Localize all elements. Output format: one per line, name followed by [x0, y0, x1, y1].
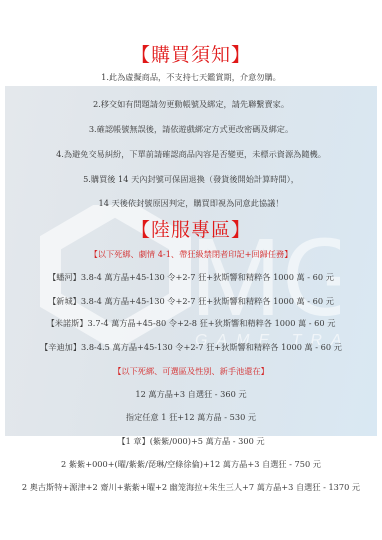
listing-chapter-1: 【1 章】(紫紫/000)+5 萬方晶 - 300 元: [0, 436, 382, 447]
notice-item-2: 2.移交如有問題請勿更動帳號及綁定，請先聯繫賣家。: [0, 99, 382, 110]
notice-item-1: 1.此為虛擬商品，不支持七天鑑賞期，介意勿購。: [0, 72, 382, 83]
group1-header: 【以下死綁、劇情 4-1、帶狂級禁閉者印記+回歸任務】: [0, 249, 382, 260]
listing-minos: 【米諾斯】3.7-4 萬方晶+45-80 令+2-8 狂+狄斯響和精粹各 100…: [0, 318, 382, 329]
listing-specified-1: 指定任意 1 狂+12 萬方晶 - 530 元: [0, 412, 382, 423]
listing-xincheng: 【新城】3.8-4 萬方晶+45-130 令+2-7 狂+狄斯響和精粹各 100…: [0, 296, 382, 307]
mainland-section-title: 【陸服專區】: [0, 215, 382, 242]
listing-syndicate: 【辛迪加】3.8-4.5 萬方晶+45-130 令+2-7 狂+狄斯響和精粹各 …: [0, 342, 382, 353]
background-panel: [5, 86, 377, 436]
listing-panhe: 【蟠河】3.8-4 萬方晶+45-130 令+2-7 狂+狄斯響和精粹各 100…: [0, 272, 382, 283]
group2-header: 【以下死綁、可選區及性別、新手池還在】: [0, 366, 382, 377]
notice-item-5: 5.購買後 14 天內封號可保固退換（發貨後開始計算時間），: [0, 174, 382, 185]
notice-item-6: 14 天後依封號原因判定，購買即視為同意此協議！: [0, 198, 382, 209]
listing-1370: 2 奧古斯特+源津+2 齋川+紫紫+曜+2 幽笼海拉+朱生三人+7 萬方晶+3 …: [0, 482, 382, 493]
listing-12w-3-select: 12 萬方晶+3 自選狂 - 360 元: [0, 389, 382, 400]
purchase-notice-title: 【購買須知】: [0, 40, 382, 67]
notice-item-4: 4.為避免交易糾紛，下單前請確認商品內容是否變更，未標示資源為隨機。: [0, 149, 382, 160]
listing-750: 2 紫紫+000+(曜/紫紫/琵琳/空條徐倫)+12 萬方晶+3 自選狂 - 7…: [0, 459, 382, 470]
notice-item-3: 3.確認帳號無誤後，請依遊戲綁定方式更改密碼及綁定。: [0, 124, 382, 135]
